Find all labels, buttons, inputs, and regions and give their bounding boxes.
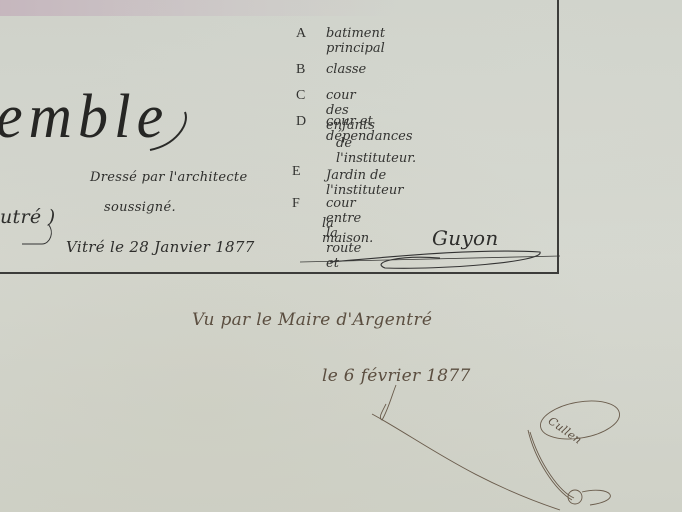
mayor-signature-flourish <box>0 0 682 512</box>
